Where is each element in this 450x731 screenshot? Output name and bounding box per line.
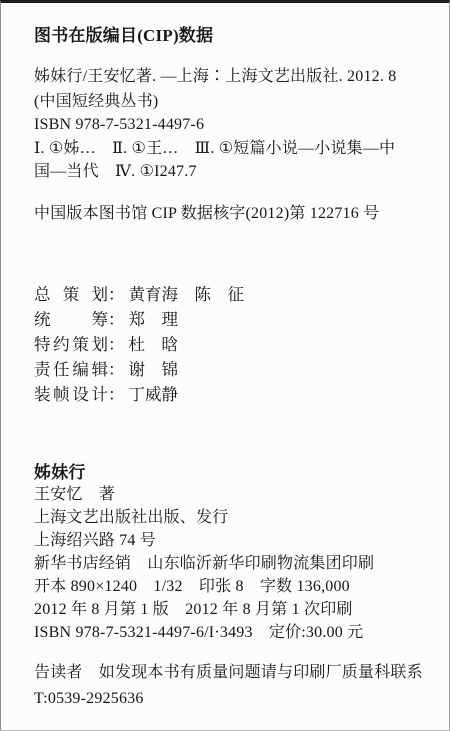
credit-name: 谢 锦: [129, 360, 179, 379]
reader-notice-line: 告读者 如发现本书有质量问题请与印刷厂质量科联系: [34, 663, 435, 683]
distribution-line: 新华书店经销 山东临沂新华印刷物流集团印刷: [34, 550, 374, 573]
cip-classification-line-1: Ⅰ. ①姊… Ⅱ. ①王… Ⅲ. ①短篇小说—小说集—中: [34, 139, 435, 159]
cip-isbn-line: ISBN 978-7-5321-4497-6: [34, 115, 435, 135]
colophon-block: 姊妹行 王安忆 著 上海文艺出版社出版、发行 上海绍兴路 74 号 新华书店经销…: [34, 458, 374, 642]
author-line: 王安忆 著: [34, 481, 374, 504]
credit-role: 装帧设计: [34, 381, 108, 405]
credit-row-binding-designer: 装帧设计：丁威静: [34, 381, 244, 406]
cip-classification-line-2: 国—当代 Ⅳ. ①I247.7: [34, 162, 435, 182]
credit-colon: ：: [108, 281, 125, 305]
cip-title-line: 姊妹行/王安忆著. —上海∶上海文艺出版社. 2012. 8: [34, 67, 435, 87]
credit-row-special-planner: 特约策划：杜 晗: [34, 331, 244, 356]
credit-name: 郑 理: [129, 310, 179, 329]
credit-role: 特约策划: [34, 331, 108, 355]
cip-header: 图书在版编目(CIP)数据: [34, 25, 435, 46]
credit-colon: ：: [108, 356, 125, 380]
credit-colon: ：: [108, 381, 125, 405]
credit-name: 丁威静: [129, 385, 179, 404]
credit-name: 杜 晗: [129, 335, 179, 354]
cip-series-line: (中国短经典丛书): [34, 92, 435, 112]
book-copyright-page: 图书在版编目(CIP)数据 姊妹行/王安忆著. —上海∶上海文艺出版社. 201…: [0, 0, 450, 731]
publisher-line: 上海文艺出版社出版、发行: [34, 504, 374, 527]
credit-colon: ：: [108, 306, 125, 330]
notice-phone-line: T:0539-2925636: [34, 689, 435, 709]
address-line: 上海绍兴路 74 号: [34, 527, 374, 550]
cip-record-number-line: 中国版本图书馆 CIP 数据核字(2012)第 122716 号: [34, 204, 435, 224]
credit-colon: ：: [108, 331, 125, 355]
isbn-price-line: ISBN 978-7-5321-4497-6/I·3493 定价:30.00 元: [34, 619, 374, 642]
credit-row-coordinator: 统筹：郑 理: [34, 306, 244, 331]
credit-row-responsible-editor: 责任编辑：谢 锦: [34, 356, 244, 381]
credit-role: 统筹: [34, 306, 108, 330]
book-title: 姊妹行: [34, 458, 374, 481]
credit-role: 总策划: [34, 281, 108, 305]
edition-line: 2012 年 8 月第 1 版 2012 年 8 月第 1 次印刷: [34, 596, 374, 619]
format-line: 开本 890×1240 1/32 印张 8 字数 136,000: [34, 573, 374, 596]
credit-row-chief-planner: 总策划：黄育海 陈 征: [34, 281, 244, 306]
credit-name: 黄育海 陈 征: [129, 285, 245, 304]
credit-role: 责任编辑: [34, 356, 108, 380]
credits-block: 总策划：黄育海 陈 征 统筹：郑 理 特约策划：杜 晗 责任编辑：谢 锦 装帧设…: [34, 281, 244, 406]
